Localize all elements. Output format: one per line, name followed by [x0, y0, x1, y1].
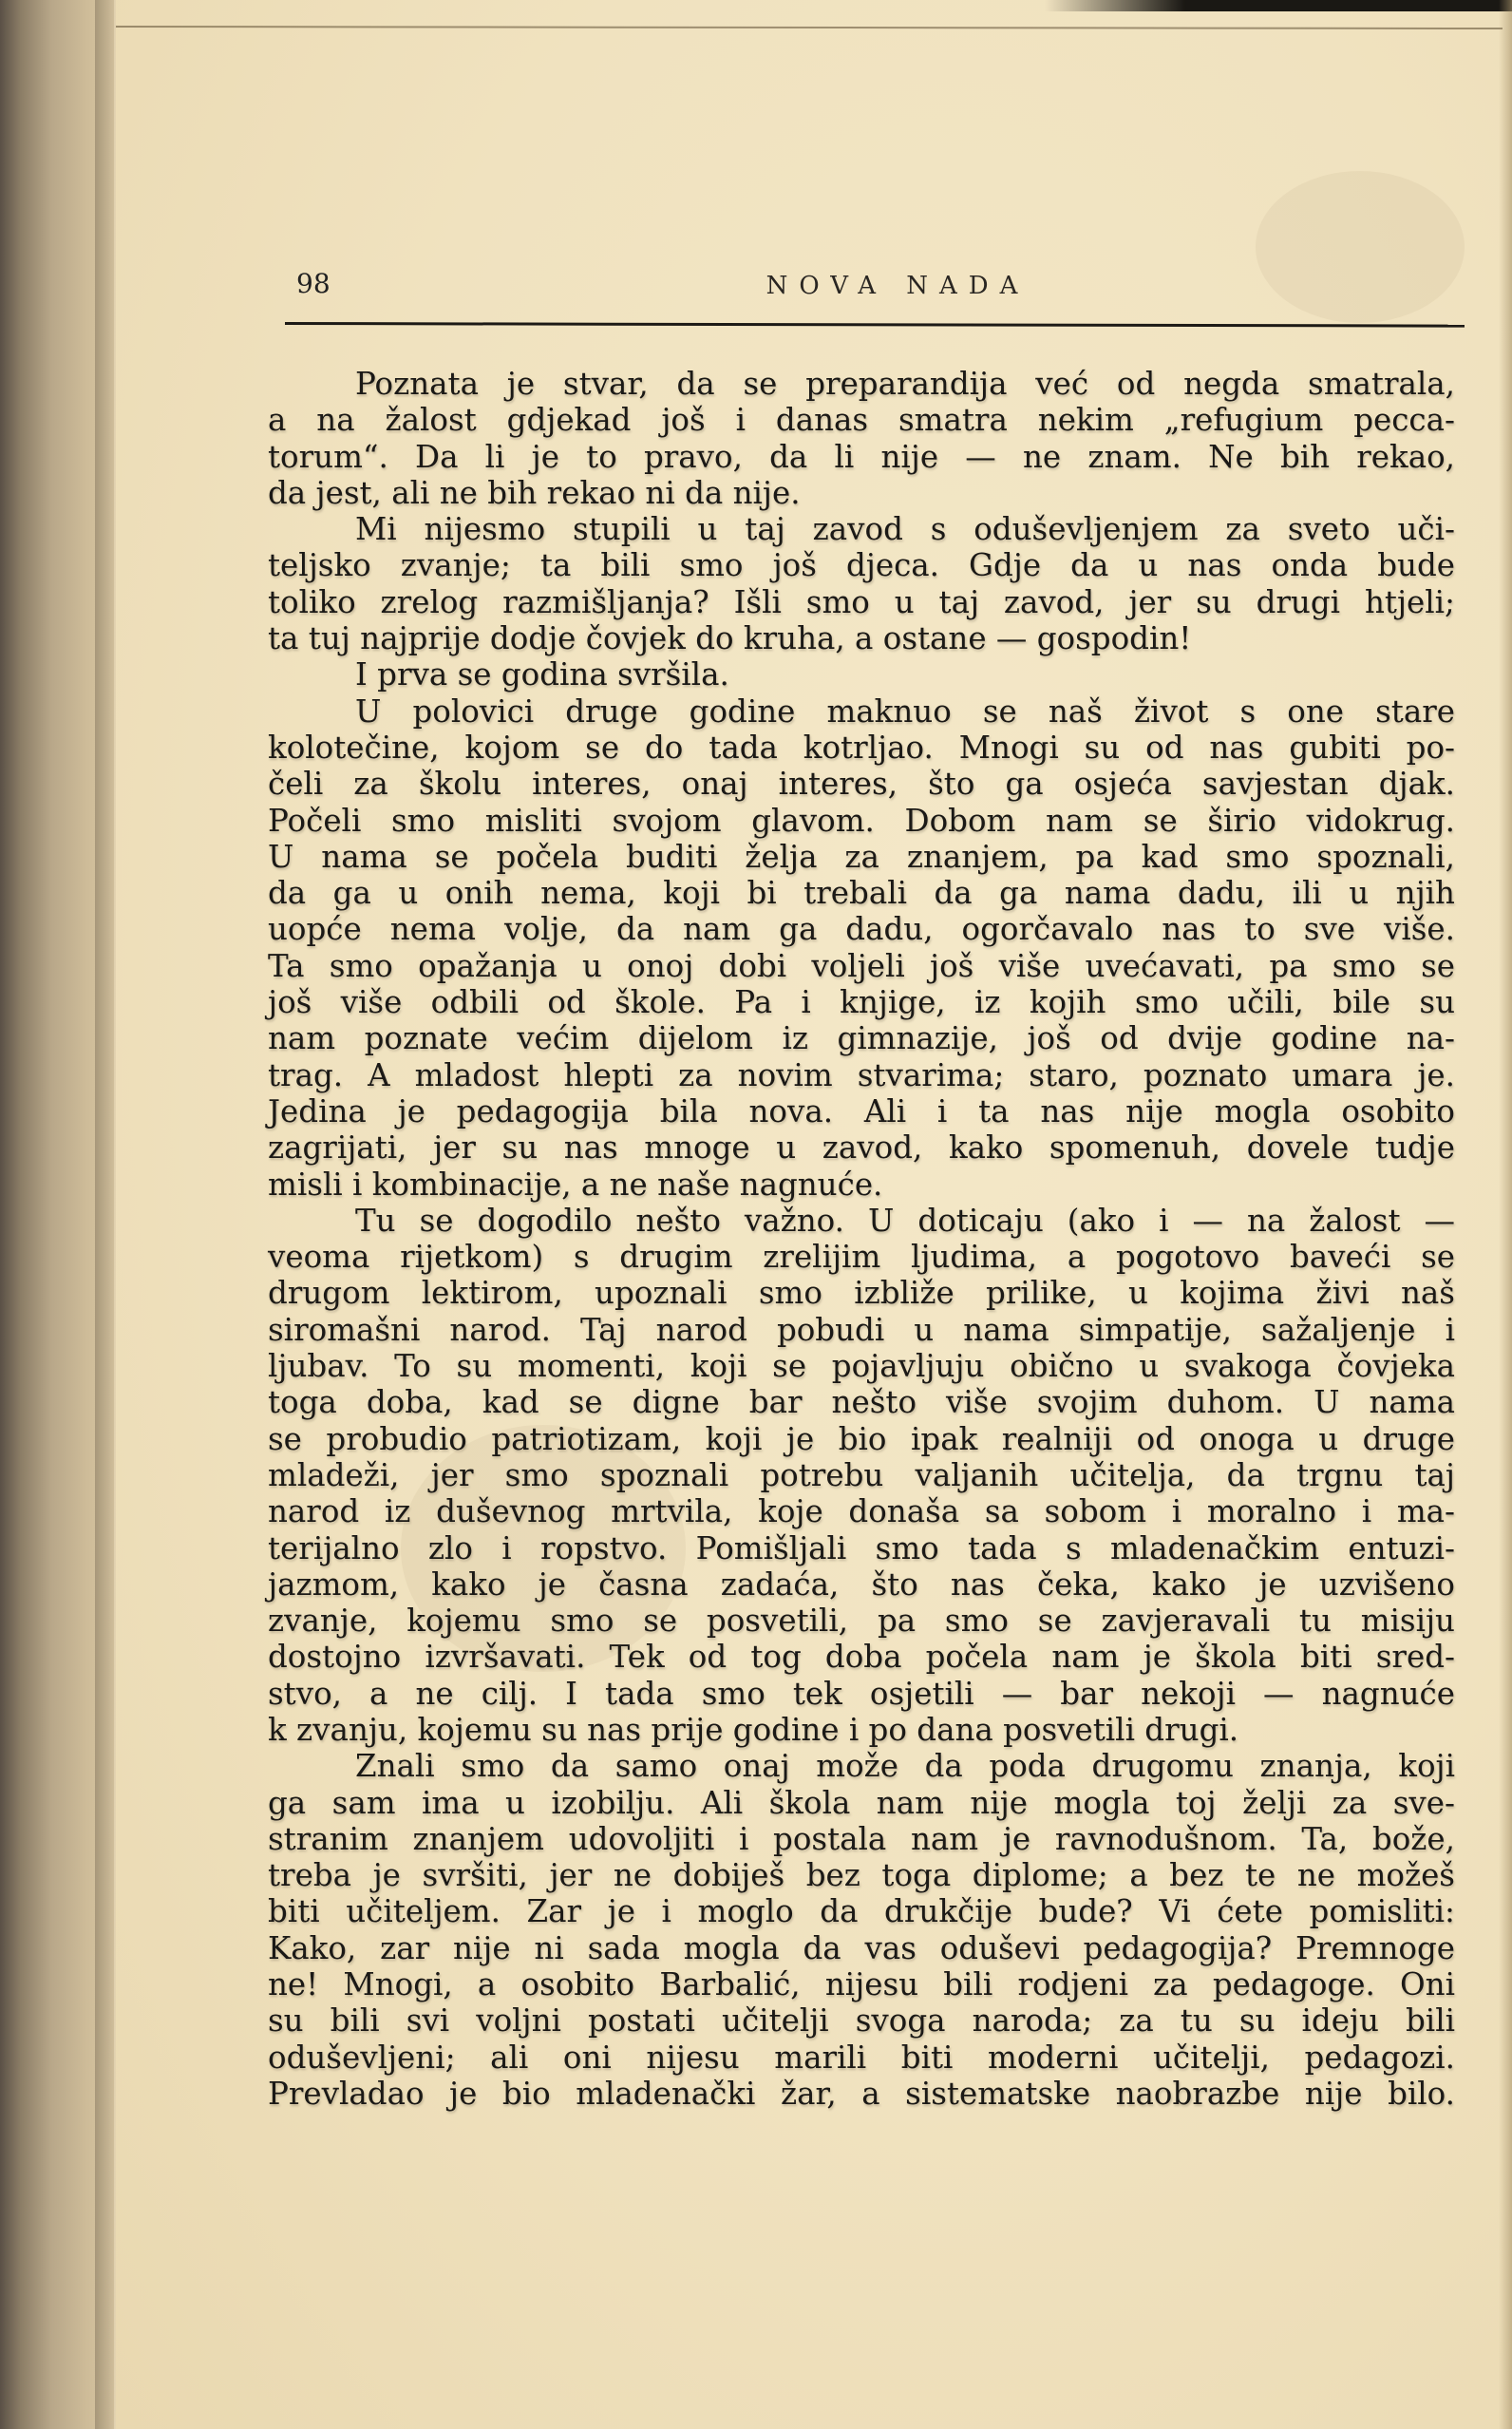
text-line: veoma rijetkom) s drugim zrelijim ljudim… [268, 1239, 1455, 1275]
text-line: misli i kombinacije, a ne naše nagnuće. [268, 1167, 1455, 1203]
text-line: I prva se godina svršila. [268, 656, 1455, 693]
background-shadow [1045, 0, 1512, 11]
text-line: nam poznate većim dijelom iz gimnazije, … [268, 1020, 1455, 1056]
text-line: Kako, zar nije ni sada mogla da vas oduš… [268, 1930, 1455, 1966]
text-line: Znali smo da samo onaj može da poda drug… [268, 1748, 1455, 1784]
text-line: Tu se dogodilo nešto važno. U doticaju (… [268, 1203, 1455, 1239]
text-line: ljubav. To su momenti, koji se pojavljuj… [268, 1348, 1455, 1384]
page-gutter [95, 0, 117, 2429]
text-line: trag. A mladost hlepti za novim stvarima… [268, 1057, 1455, 1093]
text-line: još više odbili od škole. Pa i knjige, i… [268, 984, 1455, 1020]
text-line: Jedina je pedagogija bila nova. Ali i ta… [268, 1093, 1455, 1129]
text-line: Poznata je stvar, da se preparandija već… [268, 366, 1455, 402]
text-line: čeli za školu interes, onaj interes, što… [268, 766, 1455, 802]
text-line: stranim znanjem udovoljiti i postala nam… [268, 1821, 1455, 1857]
text-line: su bili svi voljni postati učitelji svog… [268, 2002, 1455, 2039]
journal-title: NOVA NADA [294, 272, 1463, 300]
text-line: oduševljeni; ali oni nijesu marili biti … [268, 2040, 1455, 2076]
text-line: ne! Mnogi, a osobito Barbalić, nijesu bi… [268, 1966, 1455, 2002]
text-line: siromašni narod. Taj narod pobudi u nama… [268, 1312, 1455, 1348]
text-line: Mi nijesmo stupili u taj zavod s oduševl… [268, 511, 1455, 547]
text-line: ga sam ima u izobilju. Ali škola nam nij… [268, 1785, 1455, 1821]
text-line: stvo, a ne cilj. I tada smo tek osjetili… [268, 1676, 1455, 1712]
text-line: uopće nema volje, da nam ga dadu, ogorča… [268, 911, 1455, 947]
text-line: drugom lektirom, upoznali smo izbliže pr… [268, 1275, 1455, 1311]
text-line: mladeži, jer smo spoznali potrebu valjan… [268, 1457, 1455, 1493]
running-head: 98 NOVA NADA [294, 268, 1463, 319]
text-line: toga doba, kad se digne bar nešto više s… [268, 1384, 1455, 1420]
text-line: dostojno izvršavati. Tek od tog doba poč… [268, 1639, 1455, 1675]
text-line: se probudio patriotizam, koji je bio ipa… [268, 1421, 1455, 1457]
text-line: teljsko zvanje; ta bili smo još djeca. G… [268, 547, 1455, 583]
text-line: jazmom, kako je časna zadaća, što nas če… [268, 1566, 1455, 1603]
text-line: U nama se počela buditi želja za znanjem… [268, 839, 1455, 875]
text-line: zvanje, kojemu smo se posvetili, pa smo … [268, 1603, 1455, 1639]
text-line: kolotečine, kojom se do tada kotrljao. M… [268, 730, 1455, 766]
text-line: terijalno zlo i ropstvo. Pomišljali smo … [268, 1530, 1455, 1566]
text-line: toliko zrelog razmišljanja? Išli smo u t… [268, 584, 1455, 620]
text-line: ta tuj najprije dodje čovjek do kruha, a… [268, 620, 1455, 656]
text-line: torum“. Da li je to pravo, da li nije — … [268, 439, 1455, 475]
text-line: narod iz duševnog mrtvila, koje donaša s… [268, 1493, 1455, 1529]
text-line: U polovici druge godine maknuo se naš ži… [268, 693, 1455, 730]
body-text: Poznata je stvar, da se preparandija već… [268, 366, 1455, 2112]
text-line: Ta smo opažanja u onoj dobi voljeli još … [268, 948, 1455, 984]
text-line: Počeli smo misliti svojom glavom. Dobom … [268, 803, 1455, 839]
text-line: a na žalost gdjekad još i danas smatra n… [268, 402, 1455, 438]
text-line: da jest, ali ne bih rekao ni da nije. [268, 475, 1455, 511]
text-line: k zvanju, kojemu su nas prije godine i p… [268, 1712, 1455, 1748]
page-right-shadow [1499, 0, 1512, 2429]
text-line: zagrijati, jer su nas mnoge u zavod, kak… [268, 1129, 1455, 1166]
text-line: biti učiteljem. Zar je i moglo da drukči… [268, 1893, 1455, 1929]
text-line: Prevladao je bio mladenački žar, a siste… [268, 2076, 1455, 2112]
text-line: treba je svršiti, jer ne dobiješ bez tog… [268, 1857, 1455, 1893]
text-line: da ga u onih nema, koji bi trebali da ga… [268, 875, 1455, 911]
